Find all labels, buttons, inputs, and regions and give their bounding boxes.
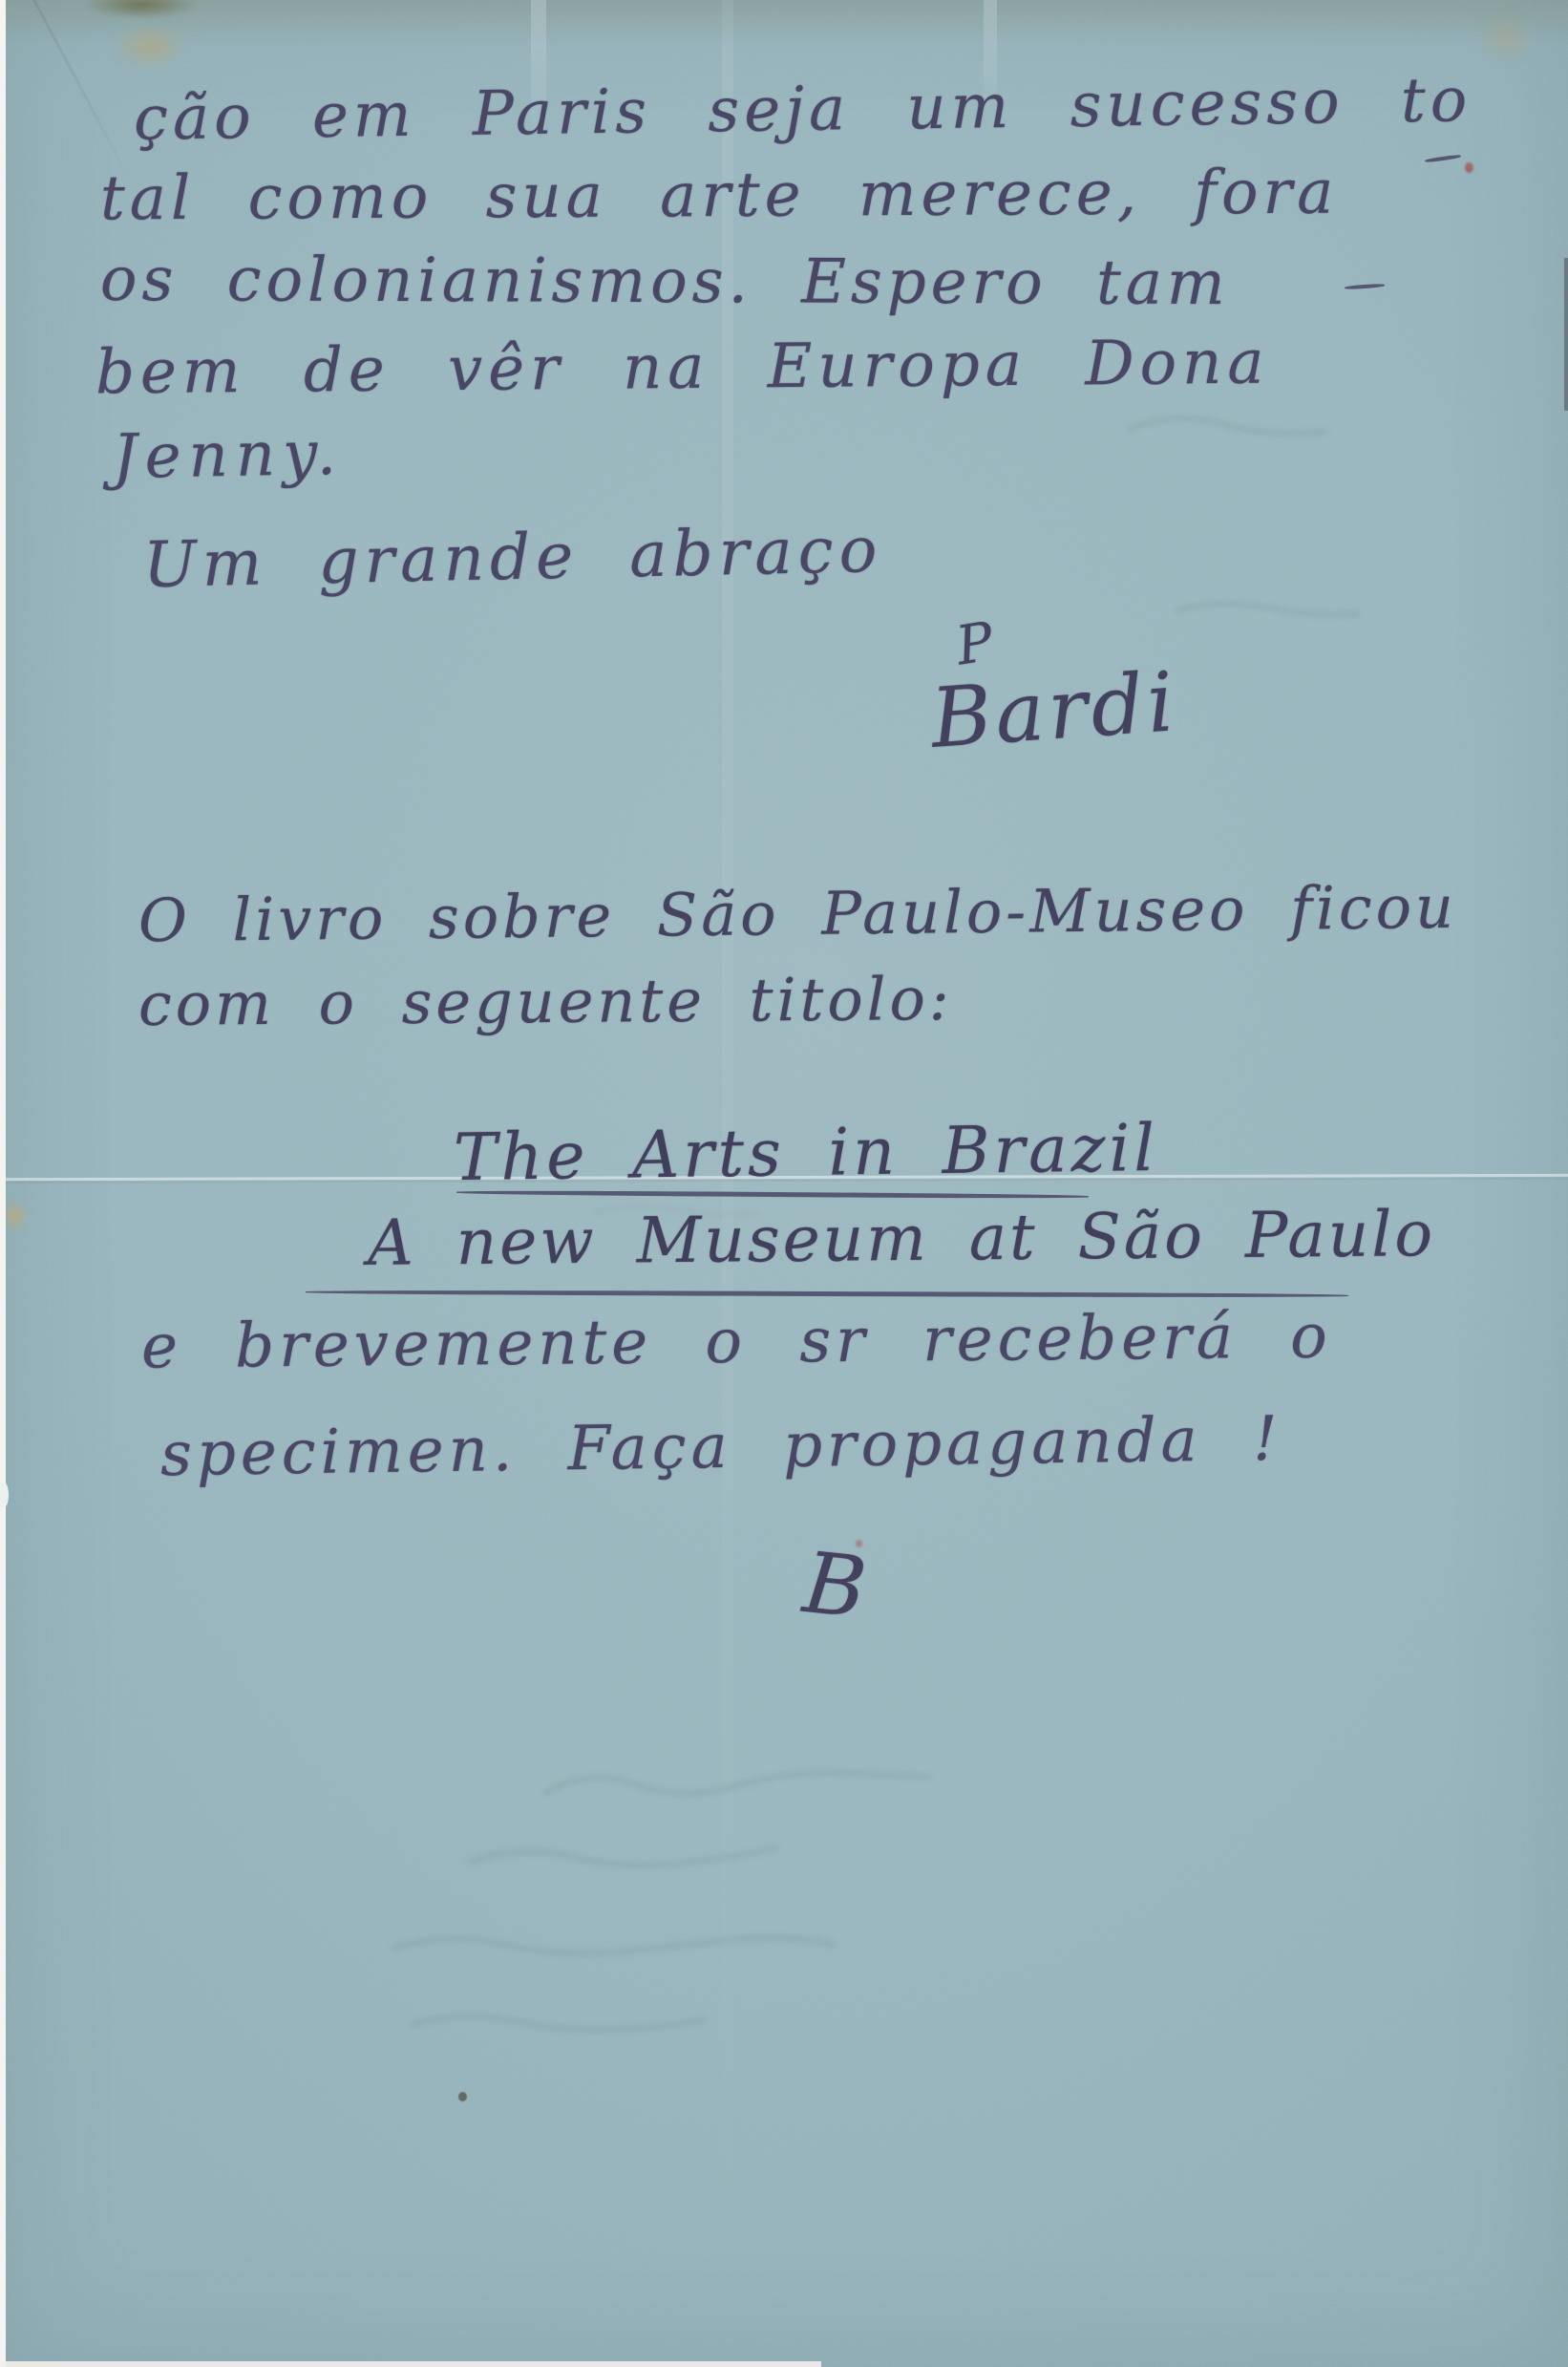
postscript-line-2: com o seguente titolo: (138, 964, 953, 1039)
top-right-stain (1478, 11, 1536, 65)
final-initial: B (799, 1533, 871, 1637)
body-line-5: Jenny. (112, 418, 344, 493)
top-left-yellow-stain (113, 21, 187, 71)
scan-edge-left (0, 0, 6, 2367)
scanned-letter-page: ção em Paris seja um sucesso to tal como… (0, 0, 1568, 2367)
dark-speck (458, 2092, 467, 2101)
body-line-2: tal como sua arte merece, fora (100, 158, 1339, 235)
closing-line: Um grande abraço (142, 513, 883, 602)
book-title-line-1: The Arts in Brazil (453, 1111, 1158, 1196)
body-line-3: os colonianismos. Espero tam (100, 245, 1230, 319)
postscript-line-1: O livro sobre São Paulo-Museo ficou (138, 872, 1458, 955)
scan-edge-bottom (0, 2361, 821, 2367)
left-edge-notch (0, 1482, 9, 1507)
scan-edge-right-shadow (1564, 258, 1568, 411)
red-speck (1465, 162, 1473, 173)
signature: Bardi (928, 654, 1180, 767)
book-title-line-2: A new Museum at São Paulo (368, 1197, 1436, 1280)
postscript-end-line-1: e brevemente o sr receberá o (141, 1302, 1332, 1383)
body-line-4: bem de vêr na Europa Dona (95, 328, 1270, 409)
top-edge-tint (0, 0, 1568, 44)
